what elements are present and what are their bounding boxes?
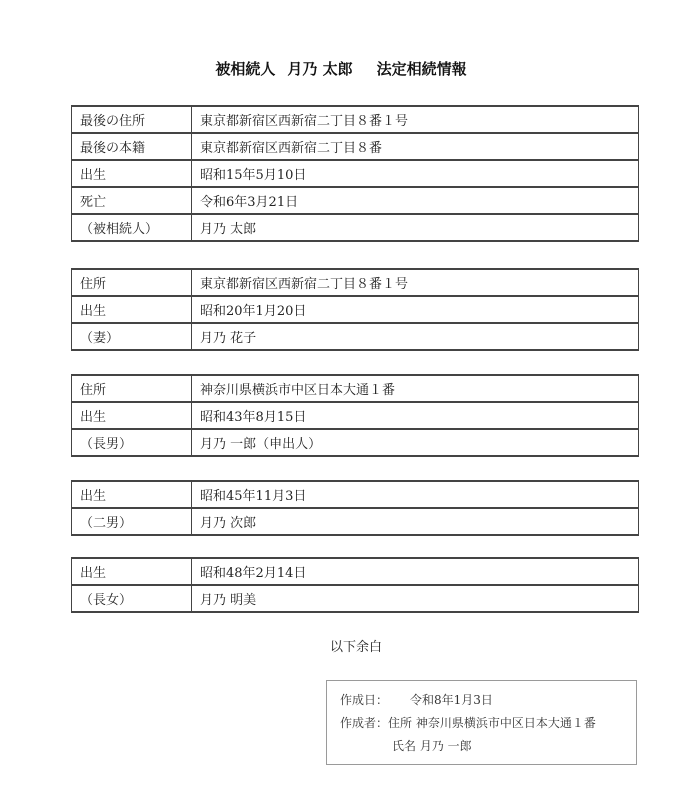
creator-label: 作成者： [340, 716, 388, 730]
table-row: 出生 昭和43年8月15日 [72, 402, 639, 429]
creation-date-line: 作成日：令和8年1月3日 [340, 691, 493, 708]
decedent-table: 最後の住所 東京都新宿区西新宿二丁目８番１号 最後の本籍 東京都新宿区西新宿二丁… [71, 105, 639, 242]
eldest-daughter-table: 出生 昭和48年2月14日 （長女） 月乃 明美 [71, 557, 639, 613]
row-label: 出生 [72, 402, 192, 429]
row-label: （二男） [72, 508, 192, 535]
row-value: 東京都新宿区西新宿二丁目８番１号 [192, 106, 639, 133]
row-label: 出生 [72, 160, 192, 187]
creation-date-label: 作成日： [340, 693, 388, 707]
table-row: 最後の本籍 東京都新宿区西新宿二丁目８番 [72, 133, 639, 160]
address-value: 神奈川県横浜市中区日本大通１番 [416, 716, 596, 730]
row-label: （長女） [72, 585, 192, 612]
row-label: （被相続人） [72, 214, 192, 241]
table-row: 住所 東京都新宿区西新宿二丁目８番１号 [72, 269, 639, 296]
table-row: （二男） 月乃 次郎 [72, 508, 639, 535]
document-title: 被相続人月乃 太郎法定相続情報 [0, 58, 682, 79]
creation-date-value: 令和8年1月3日 [410, 691, 493, 708]
row-value: 月乃 一郎（申出人） [192, 429, 639, 456]
row-value: 昭和20年1月20日 [192, 296, 639, 323]
row-label: （長男） [72, 429, 192, 456]
wife-table: 住所 東京都新宿区西新宿二丁目８番１号 出生 昭和20年1月20日 （妻） 月乃… [71, 268, 639, 351]
row-value: 東京都新宿区西新宿二丁目８番１号 [192, 269, 639, 296]
title-decedent-name: 月乃 太郎 [287, 60, 352, 78]
row-label: 最後の住所 [72, 106, 192, 133]
table-row: 出生 昭和45年11月3日 [72, 481, 639, 508]
creator-address-line: 作成者：住所 神奈川県横浜市中区日本大通１番 [340, 714, 596, 731]
row-value: 昭和48年2月14日 [192, 558, 639, 585]
name-value: 月乃 一郎 [420, 739, 472, 753]
row-value: 月乃 明美 [192, 585, 639, 612]
row-value: 月乃 太郎 [192, 214, 639, 241]
table-row: 出生 昭和15年5月10日 [72, 160, 639, 187]
row-label: 最後の本籍 [72, 133, 192, 160]
row-value: 月乃 次郎 [192, 508, 639, 535]
table-row: 住所 神奈川県横浜市中区日本大通１番 [72, 375, 639, 402]
row-label: （妻） [72, 323, 192, 350]
creator-name-line: 氏名 月乃 一郎 [392, 737, 472, 754]
row-value: 昭和43年8月15日 [192, 402, 639, 429]
row-label: 住所 [72, 375, 192, 402]
table-row: 出生 昭和20年1月20日 [72, 296, 639, 323]
row-label: 死亡 [72, 187, 192, 214]
title-prefix: 被相続人 [215, 60, 275, 78]
address-label: 住所 [388, 716, 412, 730]
row-value: 神奈川県横浜市中区日本大通１番 [192, 375, 639, 402]
row-value: 昭和45年11月3日 [192, 481, 639, 508]
table-row: （長女） 月乃 明美 [72, 585, 639, 612]
table-row: 最後の住所 東京都新宿区西新宿二丁目８番１号 [72, 106, 639, 133]
table-row: （長男） 月乃 一郎（申出人） [72, 429, 639, 456]
row-value: 昭和15年5月10日 [192, 160, 639, 187]
row-value: 東京都新宿区西新宿二丁目８番 [192, 133, 639, 160]
row-label: 出生 [72, 481, 192, 508]
eldest-son-table: 住所 神奈川県横浜市中区日本大通１番 出生 昭和43年8月15日 （長男） 月乃… [71, 374, 639, 457]
title-suffix: 法定相続情報 [377, 60, 467, 78]
row-value: 月乃 花子 [192, 323, 639, 350]
row-value: 令和6年3月21日 [192, 187, 639, 214]
table-row: 死亡 令和6年3月21日 [72, 187, 639, 214]
table-row: （被相続人） 月乃 太郎 [72, 214, 639, 241]
creator-info-box: 作成日：令和8年1月3日 作成者：住所 神奈川県横浜市中区日本大通１番 氏名 月… [326, 680, 637, 765]
table-row: 出生 昭和48年2月14日 [72, 558, 639, 585]
end-of-content-note: 以下余白 [0, 636, 682, 655]
second-son-table: 出生 昭和45年11月3日 （二男） 月乃 次郎 [71, 480, 639, 536]
row-label: 出生 [72, 558, 192, 585]
row-label: 出生 [72, 296, 192, 323]
name-label: 氏名 [392, 739, 416, 753]
table-row: （妻） 月乃 花子 [72, 323, 639, 350]
row-label: 住所 [72, 269, 192, 296]
